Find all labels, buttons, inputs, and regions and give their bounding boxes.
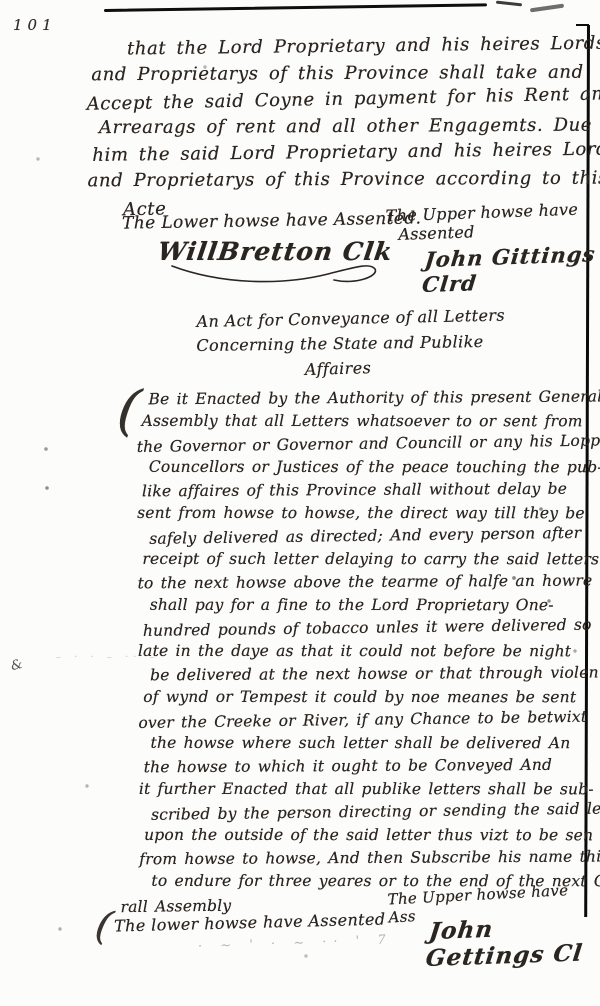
signature-john-gittings-2: John Gettings Cl bbox=[424, 912, 600, 972]
text-line: scribed by the person directing or sendi… bbox=[151, 798, 564, 827]
text-line: be delivered at the next howse or that t… bbox=[150, 662, 563, 688]
text-line: it further Enacted that all publike lett… bbox=[139, 778, 564, 801]
paper-speckles bbox=[0, 0, 2, 2]
text-line: like affaires of this Province shall wit… bbox=[142, 478, 562, 504]
text-line: from howse to howse, And then Subscribe … bbox=[139, 846, 564, 872]
lower-house-assent-1: The Lower howse have Assented. bbox=[122, 208, 422, 233]
text-line: Assembly that all Letters whatsoever to … bbox=[142, 410, 562, 433]
act-title: An Act for Conveyance of all LettersConc… bbox=[189, 303, 491, 384]
closing-bracket: ( bbox=[91, 902, 116, 950]
opening-bracket: ( bbox=[114, 377, 145, 444]
text-line: hundred pounds of tobacco unles it were … bbox=[143, 614, 563, 643]
faded-signature-marks: · ~ ' · ~ ·· ' 7 bbox=[198, 933, 393, 955]
text-line: shall pay for a fine to the Lord Proprie… bbox=[150, 594, 563, 617]
text-line: that the Lord Proprietary and his heires… bbox=[127, 31, 561, 63]
margin-mark: & bbox=[9, 657, 24, 674]
text-line: upon the outside of the said letter thus… bbox=[144, 824, 564, 847]
text-line: to the next howse above the tearme of ha… bbox=[138, 570, 563, 596]
page-number: 101 bbox=[13, 16, 57, 34]
page-edge-line-hook bbox=[576, 24, 589, 26]
manuscript-page: 101 that the Lord Proprietary and his he… bbox=[0, 0, 600, 1006]
text-line: the Governor or Governor and Councill or… bbox=[137, 430, 562, 459]
text-line: him the said Lord Proprietary and his he… bbox=[92, 137, 562, 169]
text-line: late in the daye as that it could not be… bbox=[138, 640, 563, 663]
signature-flourish-icon bbox=[168, 258, 380, 292]
text-line: sent from howse to howse, the direct way… bbox=[137, 502, 562, 525]
text-line: Be it Enacted by the Authority of this p… bbox=[148, 386, 561, 412]
text-line: receipt of such letter delaying to carry… bbox=[142, 548, 562, 571]
upper-house-assent-1: The Upper howse haveAssented bbox=[385, 200, 579, 245]
text-line: the howse to which it ought to be Convey… bbox=[144, 754, 564, 780]
text-line: safely delivered as directed; And every … bbox=[149, 522, 562, 551]
text-line: Arrearags of rent and all other Engagemt… bbox=[99, 112, 562, 141]
text-line: Councellors or Justices of the peace tou… bbox=[149, 456, 562, 479]
act-body-paragraph: Be it Enacted by the Authority of this p… bbox=[141, 386, 564, 918]
act-fragment-paragraph: that the Lord Proprietary and his heires… bbox=[91, 31, 563, 222]
faint-dash-row: – · · – ·· – bbox=[56, 652, 160, 663]
corner-smudge bbox=[496, 1, 522, 7]
scan-edge-line-top bbox=[104, 3, 487, 11]
corner-smudge bbox=[530, 4, 564, 13]
text-line: of wynd or Tempest it could by noe meane… bbox=[143, 686, 563, 709]
text-line: the howse where such letter shall be del… bbox=[151, 732, 564, 755]
signature-john-gittings-1: John Gittings Clrd bbox=[421, 241, 600, 297]
text-line: over the Creeke or River, if any Chance … bbox=[138, 706, 563, 735]
